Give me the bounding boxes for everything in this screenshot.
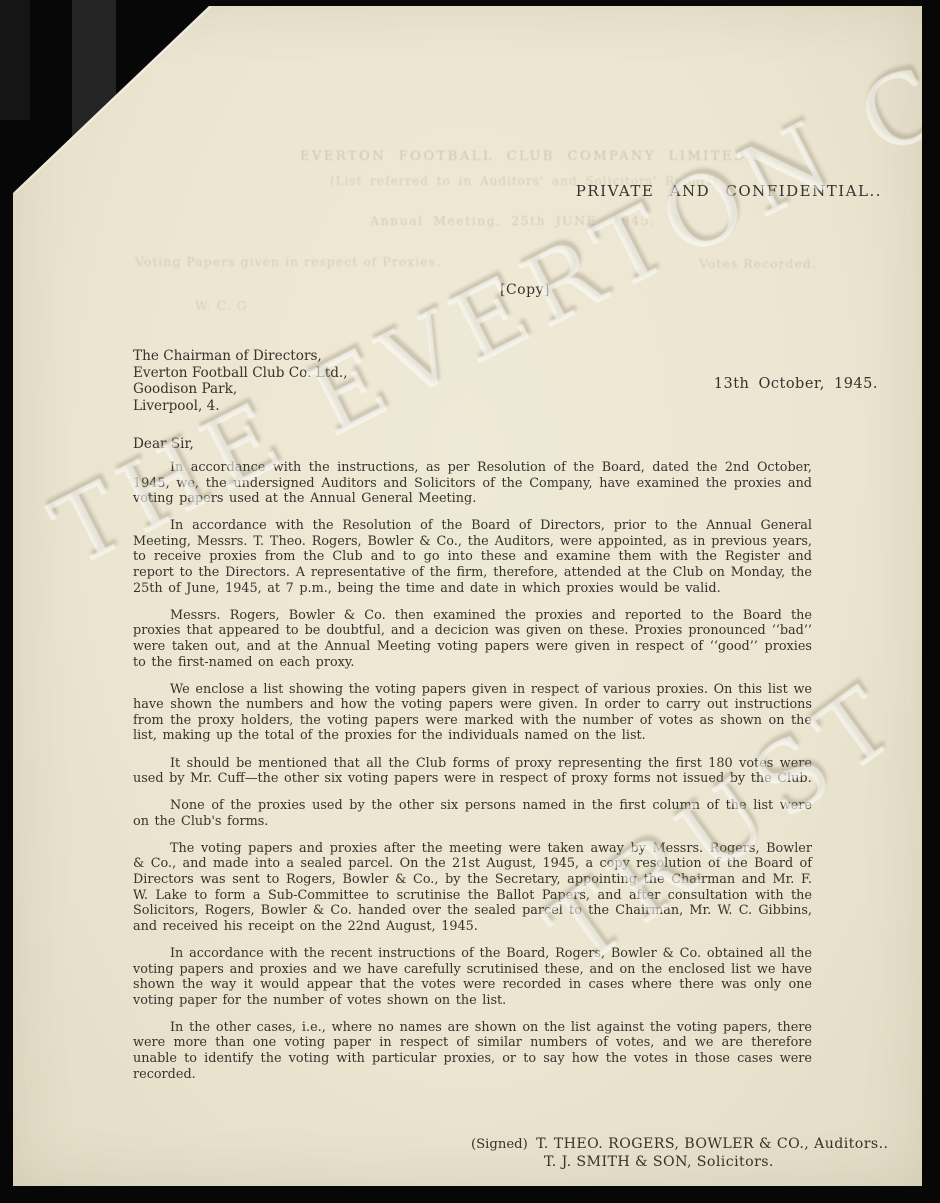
classification-header: PRIVATE AND CONFIDENTIAL.. <box>576 182 882 200</box>
paragraph: In accordance with the recent instructio… <box>133 946 812 1008</box>
ghost-text-meeting: Annual Meeting, 25th JUNE, 1945. <box>370 213 656 228</box>
signature-line-solicitors: T. J. SMITH & SON, Solicitors. <box>544 1154 888 1172</box>
paragraph: In accordance with the instructions, as … <box>133 460 812 507</box>
recipient-line: Liverpool, 4. <box>133 398 348 415</box>
letter-page: EVERTON FOOTBALL CLUB COMPANY LIMITED. (… <box>13 6 922 1186</box>
letter-date: 13th October, 1945. <box>714 376 878 392</box>
letter-body: In accordance with the instructions, as … <box>133 460 812 1094</box>
auditors-name: T. THEO. ROGERS, BOWLER & CO., Auditors.… <box>536 1136 888 1152</box>
paragraph: Messrs. Rogers, Bowler & Co. then examin… <box>133 608 812 670</box>
paragraph: The voting papers and proxies after the … <box>133 841 812 935</box>
recipient-line: Everton Football Club Co. Ltd., <box>133 365 348 382</box>
paragraph: We enclose a list showing the voting pap… <box>133 682 812 744</box>
ghost-text-votes-recorded: Votes Recorded. <box>699 256 817 271</box>
ghost-text-voting-papers: Voting Papers given in respect of Proxie… <box>135 254 441 269</box>
paragraph: It should be mentioned that all the Club… <box>133 756 812 787</box>
recipient-line: Goodison Park, <box>133 381 348 398</box>
signature-block: (Signed) T. THEO. ROGERS, BOWLER & CO., … <box>471 1136 888 1171</box>
paragraph: In the other cases, i.e., where no names… <box>133 1020 812 1082</box>
backdrop-shadow-band <box>0 0 30 120</box>
ghost-text-title: EVERTON FOOTBALL CLUB COMPANY LIMITED. <box>300 149 753 164</box>
recipient-address-block: The Chairman of Directors, Everton Footb… <box>133 348 348 414</box>
paragraph: In accordance with the Resolution of the… <box>133 518 812 596</box>
copy-label: [Copy] <box>500 282 550 298</box>
salutation: Dear Sir, <box>133 436 194 452</box>
ghost-text-name-fragment: W. C. G <box>195 298 248 313</box>
recipient-line: The Chairman of Directors, <box>133 348 348 365</box>
scan-background: { "letter": { "classification": "PRIVATE… <box>0 0 940 1203</box>
signature-line-auditors: (Signed) T. THEO. ROGERS, BOWLER & CO., … <box>471 1136 888 1154</box>
paragraph: None of the proxies used by the other si… <box>133 798 812 829</box>
signed-label: (Signed) <box>471 1137 528 1152</box>
